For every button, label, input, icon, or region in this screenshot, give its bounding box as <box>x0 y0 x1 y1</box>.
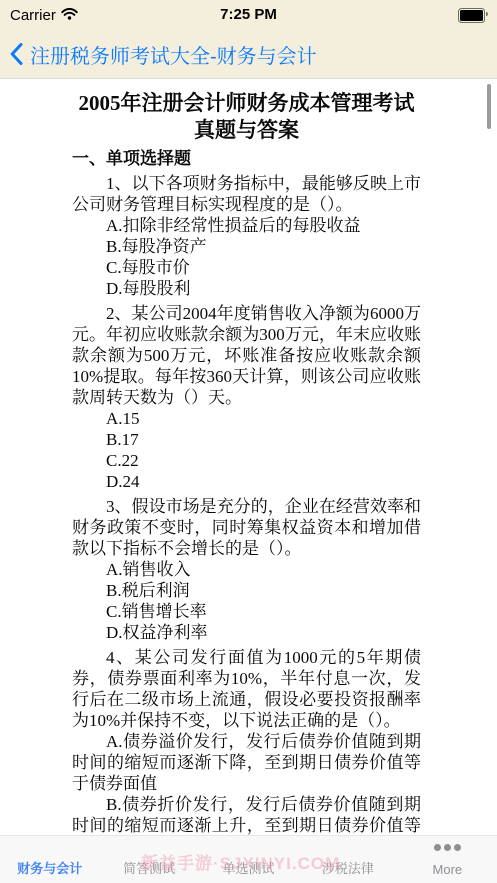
option-text: C.22 <box>72 450 421 471</box>
top-chrome: Carrier 7:25 PM 注册税务师考试大全-财务与会计 <box>0 0 497 78</box>
option-text: B.17 <box>72 429 421 450</box>
option-text: A.15 <box>72 408 421 429</box>
option-text: C.销售增长率 <box>72 601 421 622</box>
clock: 7:25 PM <box>0 6 497 23</box>
option-text: A.债券溢价发行，发行后债券价值随到期时间的缩短而逐渐下降，至到期日债券价值等于… <box>72 731 421 794</box>
ellipsis-icon <box>398 844 497 851</box>
tab-item-涉税法律[interactable]: 涉税法律 <box>298 836 397 883</box>
battery-icon <box>458 8 485 23</box>
navigation-bar: 注册税务师考试大全-财务与会计 <box>0 30 497 78</box>
tab-label: 单选测试 <box>199 858 298 877</box>
back-button-title: 注册税务师考试大全-财务与会计 <box>30 40 317 69</box>
option-text: B.每股净资产 <box>72 236 421 257</box>
option-text: A.销售收入 <box>72 559 421 580</box>
tab-label: 简答测试 <box>99 858 198 877</box>
tab-label: 涉税法律 <box>298 858 397 877</box>
tab-item-简答测试[interactable]: 简答测试 <box>99 836 198 883</box>
option-text: D.权益净利率 <box>72 622 421 643</box>
section-heading: 一、单项选择题 <box>72 148 421 169</box>
document-view[interactable]: 2005年注册会计师财务成本管理考试真题与答案 一、单项选择题 1、以下各项财务… <box>0 78 497 836</box>
tab-item-财务与会计[interactable]: 财务与会计 <box>0 836 99 883</box>
option-text: D.24 <box>72 471 421 492</box>
question-text: 1、以下各项财务指标中，最能够反映上市公司财务管理目标实现程度的是（）。 <box>72 173 421 215</box>
back-chevron-icon <box>10 43 23 65</box>
option-text: B.债券折价发行，发行后债券价值随到期时间的缩短而逐渐上升，至到期日债券价值等于… <box>72 794 421 836</box>
question-list: 1、以下各项财务指标中，最能够反映上市公司财务管理目标实现程度的是（）。A.扣除… <box>72 173 421 836</box>
tab-bar: 财务与会计简答测试单选测试涉税法律More <box>0 836 497 883</box>
tab-item-More[interactable]: More <box>398 836 497 883</box>
option-text: D.每股股利 <box>72 278 421 299</box>
tab-item-单选测试[interactable]: 单选测试 <box>199 836 298 883</box>
status-bar: Carrier 7:25 PM <box>0 0 497 30</box>
tab-label: 财务与会计 <box>0 858 99 877</box>
back-button[interactable]: 注册税务师考试大全-财务与会计 <box>10 40 317 69</box>
option-text: B.税后利润 <box>72 580 421 601</box>
question-text: 3、假设市场是充分的，企业在经营效率和财务政策不变时，同时筹集权益资本和增加借款… <box>72 496 421 559</box>
option-text: A.扣除非经常性损益后的每股收益 <box>72 215 421 236</box>
option-text: C.每股市价 <box>72 257 421 278</box>
tab-label: More <box>398 862 497 877</box>
question-text: 4、某公司发行面值为1000元的5年期债券，债券票面利率为10%，半年付息一次，… <box>72 647 421 731</box>
document-title: 2005年注册会计师财务成本管理考试真题与答案 <box>72 90 421 144</box>
scrollbar-thumb[interactable] <box>487 84 491 129</box>
question-text: 2、某公司2004年度销售收入净额为6000万元。年初应收账款余额为300万元，… <box>72 303 421 408</box>
